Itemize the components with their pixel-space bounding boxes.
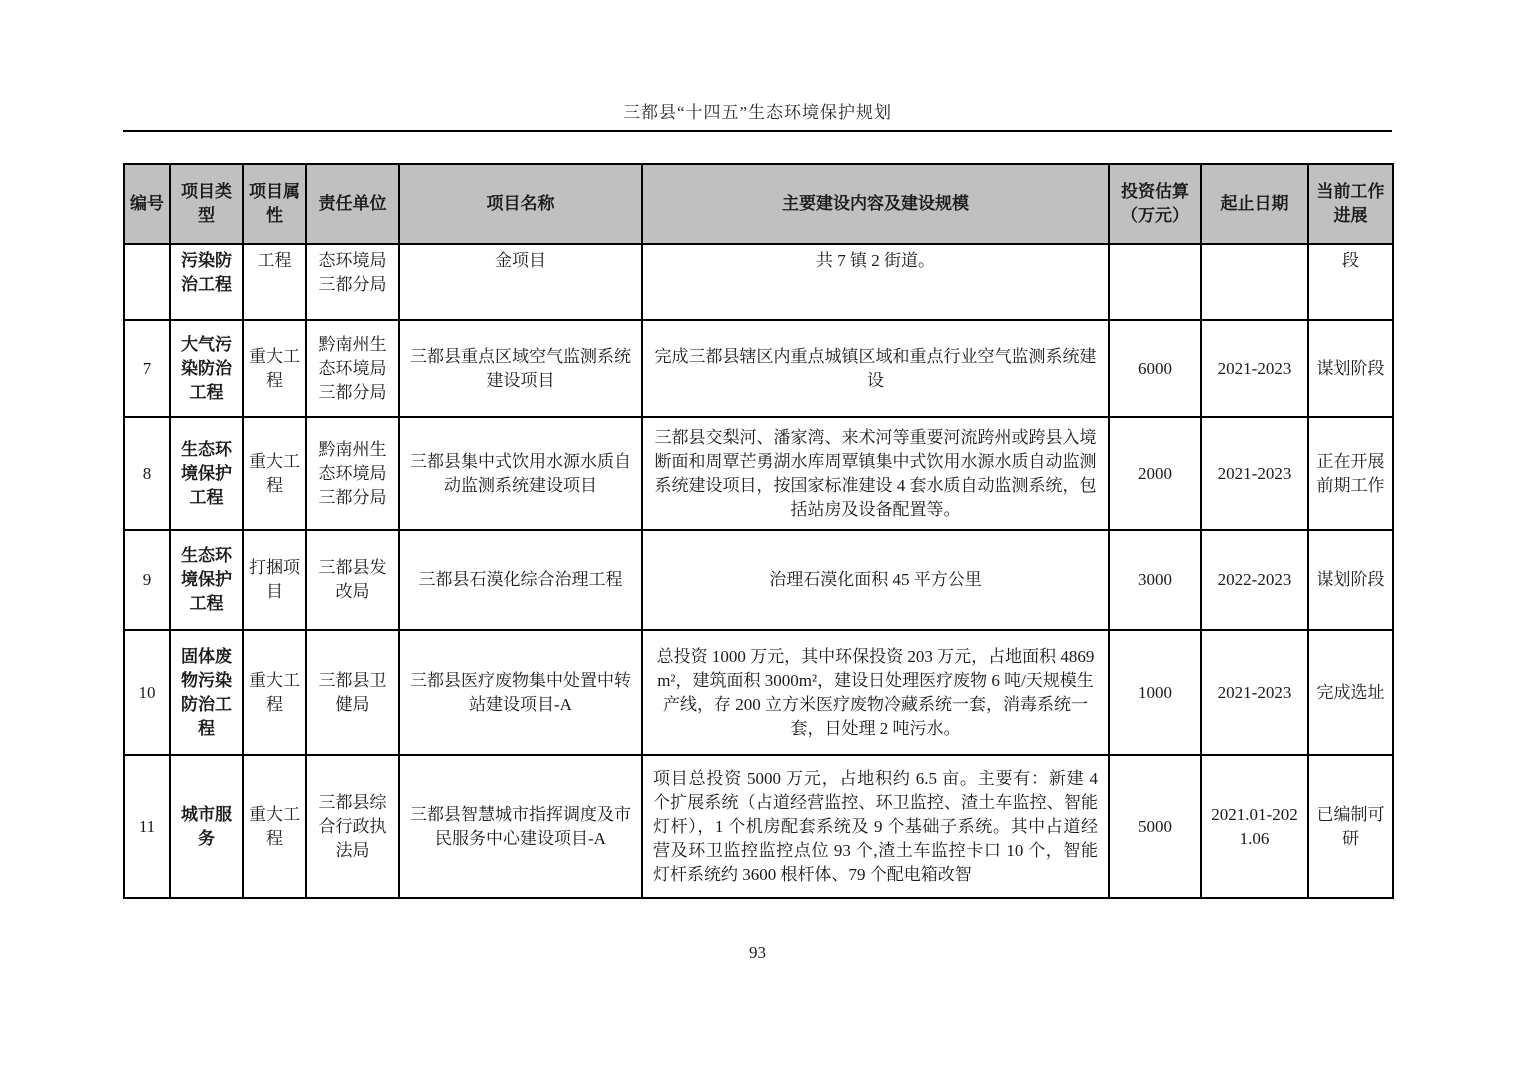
page-number: 93 <box>123 943 1392 963</box>
cell-progress: 段 <box>1308 244 1393 320</box>
cell-construction-content: 三都县交梨河、潘家湾、来术河等重要河流跨州或跨县入境断面和周覃芒勇湖水库周覃镇集… <box>642 417 1109 530</box>
cell-project-type: 大气污染防治工程 <box>170 320 243 417</box>
cell-project-name: 金项目 <box>399 244 642 320</box>
col-header-dates: 起止日期 <box>1201 164 1308 244</box>
cell-project-name: 三都县医疗废物集中处置中转站建设项目-A <box>399 630 642 755</box>
cell-progress: 已编制可研 <box>1308 755 1393 898</box>
cell-dates: 2022-2023 <box>1201 530 1308 630</box>
col-header-project-name: 项目名称 <box>399 164 642 244</box>
table-row-9: 9 生态环境保护工程 打捆项目 三都县发改局 三都县石漠化综合治理工程 治理石漠… <box>124 530 1393 630</box>
cell-project-attribute: 重大工程 <box>243 755 306 898</box>
cell-project-attribute: 重大工程 <box>243 630 306 755</box>
col-header-construction-content: 主要建设内容及建设规模 <box>642 164 1109 244</box>
cell-project-type: 生态环境保护工程 <box>170 530 243 630</box>
cell-progress: 完成选址 <box>1308 630 1393 755</box>
cell-id <box>124 244 170 320</box>
cell-investment: 6000 <box>1109 320 1201 417</box>
cell-project-attribute: 工程 <box>243 244 306 320</box>
cell-progress: 正在开展前期工作 <box>1308 417 1393 530</box>
cell-project-name: 三都县智慧城市指挥调度及市民服务中心建设项目-A <box>399 755 642 898</box>
cell-responsible-unit: 黔南州生态环境局三都分局 <box>306 417 399 530</box>
col-header-investment: 投资估算（万元） <box>1109 164 1201 244</box>
cell-responsible-unit: 三都县发改局 <box>306 530 399 630</box>
document-page: 三都县“十四五”生态环境保护规划 编号 项目类型 项目属性 责任单位 项目名称 … <box>123 0 1392 963</box>
col-header-responsible-unit: 责任单位 <box>306 164 399 244</box>
cell-project-name: 三都县重点区域空气监测系统建设项目 <box>399 320 642 417</box>
table-row-8: 8 生态环境保护工程 重大工程 黔南州生态环境局三都分局 三都县集中式饮用水源水… <box>124 417 1393 530</box>
projects-table: 编号 项目类型 项目属性 责任单位 项目名称 主要建设内容及建设规模 投资估算（… <box>123 163 1394 899</box>
table-row-7: 7 大气污染防治工程 重大工程 黔南州生态环境局三都分局 三都县重点区域空气监测… <box>124 320 1393 417</box>
cell-responsible-unit: 黔南州生态环境局三都分局 <box>306 320 399 417</box>
cell-id: 9 <box>124 530 170 630</box>
cell-progress: 谋划阶段 <box>1308 320 1393 417</box>
cell-construction-content: 共 7 镇 2 街道。 <box>642 244 1109 320</box>
cell-construction-content: 完成三都县辖区内重点城镇区域和重点行业空气监测系统建设 <box>642 320 1109 417</box>
cell-construction-content: 治理石漠化面积 45 平方公里 <box>642 530 1109 630</box>
cell-project-attribute: 重大工程 <box>243 320 306 417</box>
col-header-project-attribute: 项目属性 <box>243 164 306 244</box>
cell-project-type: 固体废物污染防治工程 <box>170 630 243 755</box>
cell-investment: 3000 <box>1109 530 1201 630</box>
cell-dates: 2021-2023 <box>1201 320 1308 417</box>
cell-project-type: 城市服务 <box>170 755 243 898</box>
cell-responsible-unit: 三都县综合行政执法局 <box>306 755 399 898</box>
table-row-continued: 污染防治工程 工程 态环境局三都分局 金项目 共 7 镇 2 街道。 段 <box>124 244 1393 320</box>
cell-project-type: 污染防治工程 <box>170 244 243 320</box>
cell-dates: 2021-2023 <box>1201 417 1308 530</box>
cell-responsible-unit: 态环境局三都分局 <box>306 244 399 320</box>
running-header-title: 三都县“十四五”生态环境保护规划 <box>123 98 1392 123</box>
cell-construction-content: 项目总投资 5000 万元，占地积约 6.5 亩。主要有：新建 4 个扩展系统（… <box>642 755 1109 898</box>
col-header-id: 编号 <box>124 164 170 244</box>
cell-project-type: 生态环境保护工程 <box>170 417 243 530</box>
cell-project-name: 三都县集中式饮用水源水质自动监测系统建设项目 <box>399 417 642 530</box>
cell-investment: 5000 <box>1109 755 1201 898</box>
cell-id: 11 <box>124 755 170 898</box>
cell-id: 10 <box>124 630 170 755</box>
cell-responsible-unit: 三都县卫健局 <box>306 630 399 755</box>
cell-investment <box>1109 244 1201 320</box>
cell-project-attribute: 重大工程 <box>243 417 306 530</box>
cell-project-attribute: 打捆项目 <box>243 530 306 630</box>
table-header-row: 编号 项目类型 项目属性 责任单位 项目名称 主要建设内容及建设规模 投资估算（… <box>124 164 1393 244</box>
cell-dates: 2021.01-2021.06 <box>1201 755 1308 898</box>
cell-id: 8 <box>124 417 170 530</box>
table-row-11: 11 城市服务 重大工程 三都县综合行政执法局 三都县智慧城市指挥调度及市民服务… <box>124 755 1393 898</box>
cell-investment: 1000 <box>1109 630 1201 755</box>
table-row-10: 10 固体废物污染防治工程 重大工程 三都县卫健局 三都县医疗废物集中处置中转站… <box>124 630 1393 755</box>
cell-dates: 2021-2023 <box>1201 630 1308 755</box>
cell-project-name: 三都县石漠化综合治理工程 <box>399 530 642 630</box>
cell-id: 7 <box>124 320 170 417</box>
cell-dates <box>1201 244 1308 320</box>
header-rule <box>123 130 1392 132</box>
col-header-project-type: 项目类型 <box>170 164 243 244</box>
cell-construction-content: 总投资 1000 万元，其中环保投资 203 万元，占地面积 4869m²，建筑… <box>642 630 1109 755</box>
cell-investment: 2000 <box>1109 417 1201 530</box>
col-header-progress: 当前工作进展 <box>1308 164 1393 244</box>
cell-progress: 谋划阶段 <box>1308 530 1393 630</box>
